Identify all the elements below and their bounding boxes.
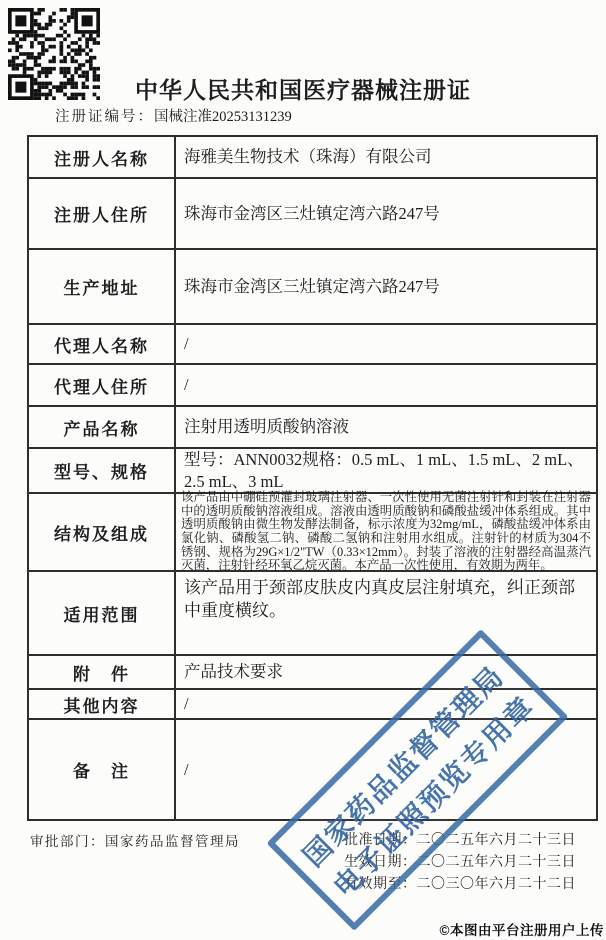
approval-department-line: 审批部门：国家药品监督管理局	[30, 830, 240, 850]
table-row-structure-composition: 结构及组成 该产品由中硼硅预灌封玻璃注射器、一次性使用无菌注射针和封装在注射器中…	[29, 494, 596, 572]
row-value: 注射用透明质酸钠溶液	[176, 407, 596, 447]
row-value: 海雅美生物技术（珠海）有限公司	[176, 137, 596, 177]
row-value: 珠海市金湾区三灶镇定湾六路247号	[176, 250, 596, 323]
row-label: 注册人住所	[29, 179, 176, 248]
row-label: 生产地址	[29, 250, 176, 323]
table-row-registrant-address: 注册人住所 珠海市金湾区三灶镇定湾六路247号	[29, 179, 596, 250]
table-row-production-address: 生产地址 珠海市金湾区三灶镇定湾六路247号	[29, 250, 596, 325]
row-label: 适用范围	[29, 572, 176, 654]
row-label: 代理人名称	[29, 325, 176, 363]
registration-number-value: 国械注准20253131239	[154, 109, 292, 125]
table-row-agent-name: 代理人名称 /	[29, 325, 596, 365]
certificate-title: 中华人民共和国医疗器械注册证	[0, 72, 606, 105]
row-label: 附 件	[29, 656, 176, 688]
row-label: 结构及组成	[29, 494, 176, 570]
table-row-product-name: 产品名称 注射用透明质酸钠溶液	[29, 407, 596, 449]
table-row-agent-address: 代理人住所 /	[29, 365, 596, 407]
row-value: 该产品由中硼硅预灌封玻璃注射器、一次性使用无菌注射针和封装在注射器中的透明质酸钠…	[176, 494, 596, 570]
row-value: 该产品用于颈部皮肤皮内真皮层注射填充，纠正颈部中重度横纹。	[176, 572, 596, 654]
row-value: 珠海市金湾区三灶镇定湾六路247号	[176, 179, 596, 248]
table-row-intended-use: 适用范围 该产品用于颈部皮肤皮内真皮层注射填充，纠正颈部中重度横纹。	[29, 572, 596, 656]
table-row-model-spec: 型号、规格 型号：ANN0032规格：0.5 mL、1 mL、1.5 mL、2 …	[29, 449, 596, 494]
effective-date-value: 二〇二五年六月二十三日	[417, 855, 577, 870]
approval-department-label: 审批部门：	[30, 834, 105, 849]
table-row-registrant-name: 注册人名称 海雅美生物技术（珠海）有限公司	[29, 137, 596, 179]
row-value: 型号：ANN0032规格：0.5 mL、1 mL、1.5 mL、2 mL、2.5…	[176, 449, 596, 492]
row-label: 产品名称	[29, 407, 176, 447]
registration-number-line: 注册证编号：国械注准20253131239	[55, 105, 292, 126]
row-label: 型号、规格	[29, 449, 176, 492]
expiry-date-value: 二〇三〇年六月二十二日	[417, 877, 577, 892]
certificate-page: 中华人民共和国医疗器械注册证 注册证编号：国械注准20253131239 注册人…	[0, 0, 606, 940]
row-label: 代理人住所	[29, 365, 176, 405]
row-label: 其他内容	[29, 690, 176, 718]
row-label: 备 注	[29, 720, 176, 819]
uploader-watermark: ©本图由平台注册用户上传	[440, 919, 604, 939]
row-label: 注册人名称	[29, 137, 176, 177]
registration-number-label: 注册证编号：	[55, 109, 154, 125]
row-value: /	[176, 365, 596, 405]
approval-department-value: 国家药品监督管理局	[105, 834, 240, 849]
row-value: /	[176, 325, 596, 363]
